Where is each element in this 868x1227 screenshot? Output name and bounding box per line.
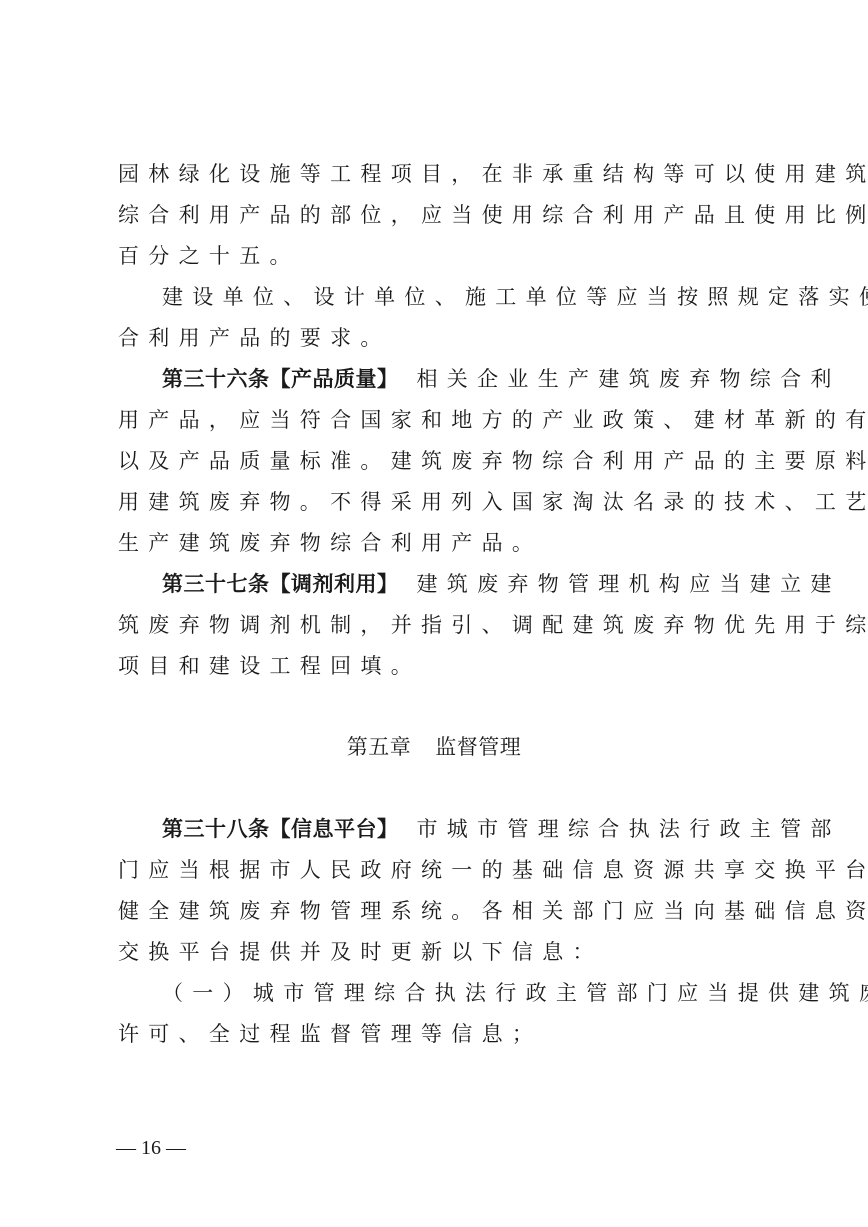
paragraph-line: 园林绿化设施等工程项目，在非承重结构等可以使用建筑废弃物	[118, 154, 760, 195]
article-38-first-line: 第三十八条【信息平台】市城市管理综合执法行政主管部	[118, 809, 760, 850]
paragraph-line: 合利用产品的要求。	[118, 318, 760, 359]
chapter-heading: 第五章监督管理	[0, 727, 868, 767]
article-36-first-line: 第三十六条【产品质量】相关企业生产建筑废弃物综合利	[118, 359, 760, 400]
article-37-heading: 第三十七条【调剂利用】	[162, 572, 399, 596]
article-36-heading: 第三十六条【产品质量】	[162, 367, 399, 391]
article-36-text: 相关企业生产建筑废弃物综合利	[417, 367, 841, 391]
paragraph-line: 用产品，应当符合国家和地方的产业政策、建材革新的有关规定	[118, 400, 760, 441]
chapter-title: 监督管理	[435, 735, 521, 759]
paragraph-line: 以及产品质量标准。建筑废弃物综合利用产品的主要原料应当使	[118, 441, 760, 482]
article-37-first-line: 第三十七条【调剂利用】建筑废弃物管理机构应当建立建	[118, 564, 760, 605]
paragraph-line: 筑废弃物调剂机制，并指引、调配建筑废弃物优先用于综合利用	[118, 605, 760, 646]
paragraph-line: 健全建筑废弃物管理系统。各相关部门应当向基础信息资源共享	[118, 891, 760, 932]
list-item-line: （一）城市管理综合执法行政主管部门应当提供建筑废弃物	[118, 973, 760, 1014]
document-body: 园林绿化设施等工程项目，在非承重结构等可以使用建筑废弃物 综合利用产品的部位，应…	[118, 154, 760, 687]
article-37-text: 建筑废弃物管理机构应当建立建	[417, 572, 841, 596]
document-body-continued: 第三十八条【信息平台】市城市管理综合执法行政主管部 门应当根据市人民政府统一的基…	[118, 809, 760, 1055]
paragraph-line: 综合利用产品的部位，应当使用综合利用产品且使用比例不低于	[118, 195, 760, 236]
paragraph-line: 交换平台提供并及时更新以下信息：	[118, 932, 760, 973]
paragraph-line: 用建筑废弃物。不得采用列入国家淘汰名录的技术、工艺和设备	[118, 482, 760, 523]
paragraph-line: 门应当根据市人民政府统一的基础信息资源共享交换平台，建立	[118, 850, 760, 891]
list-item-line: 许可、全过程监督管理等信息；	[118, 1014, 760, 1055]
page-number: — 16 —	[116, 1137, 186, 1160]
paragraph-line: 生产建筑废弃物综合利用产品。	[118, 523, 760, 564]
paragraph-line: 百分之十五。	[118, 236, 760, 277]
chapter-number: 第五章	[347, 735, 412, 759]
paragraph-line: 项目和建设工程回填。	[118, 646, 760, 687]
paragraph-line: 建设单位、设计单位、施工单位等应当按照规定落实使用综	[118, 277, 760, 318]
article-38-text: 市城市管理综合执法行政主管部	[417, 817, 841, 841]
article-38-heading: 第三十八条【信息平台】	[162, 817, 399, 841]
